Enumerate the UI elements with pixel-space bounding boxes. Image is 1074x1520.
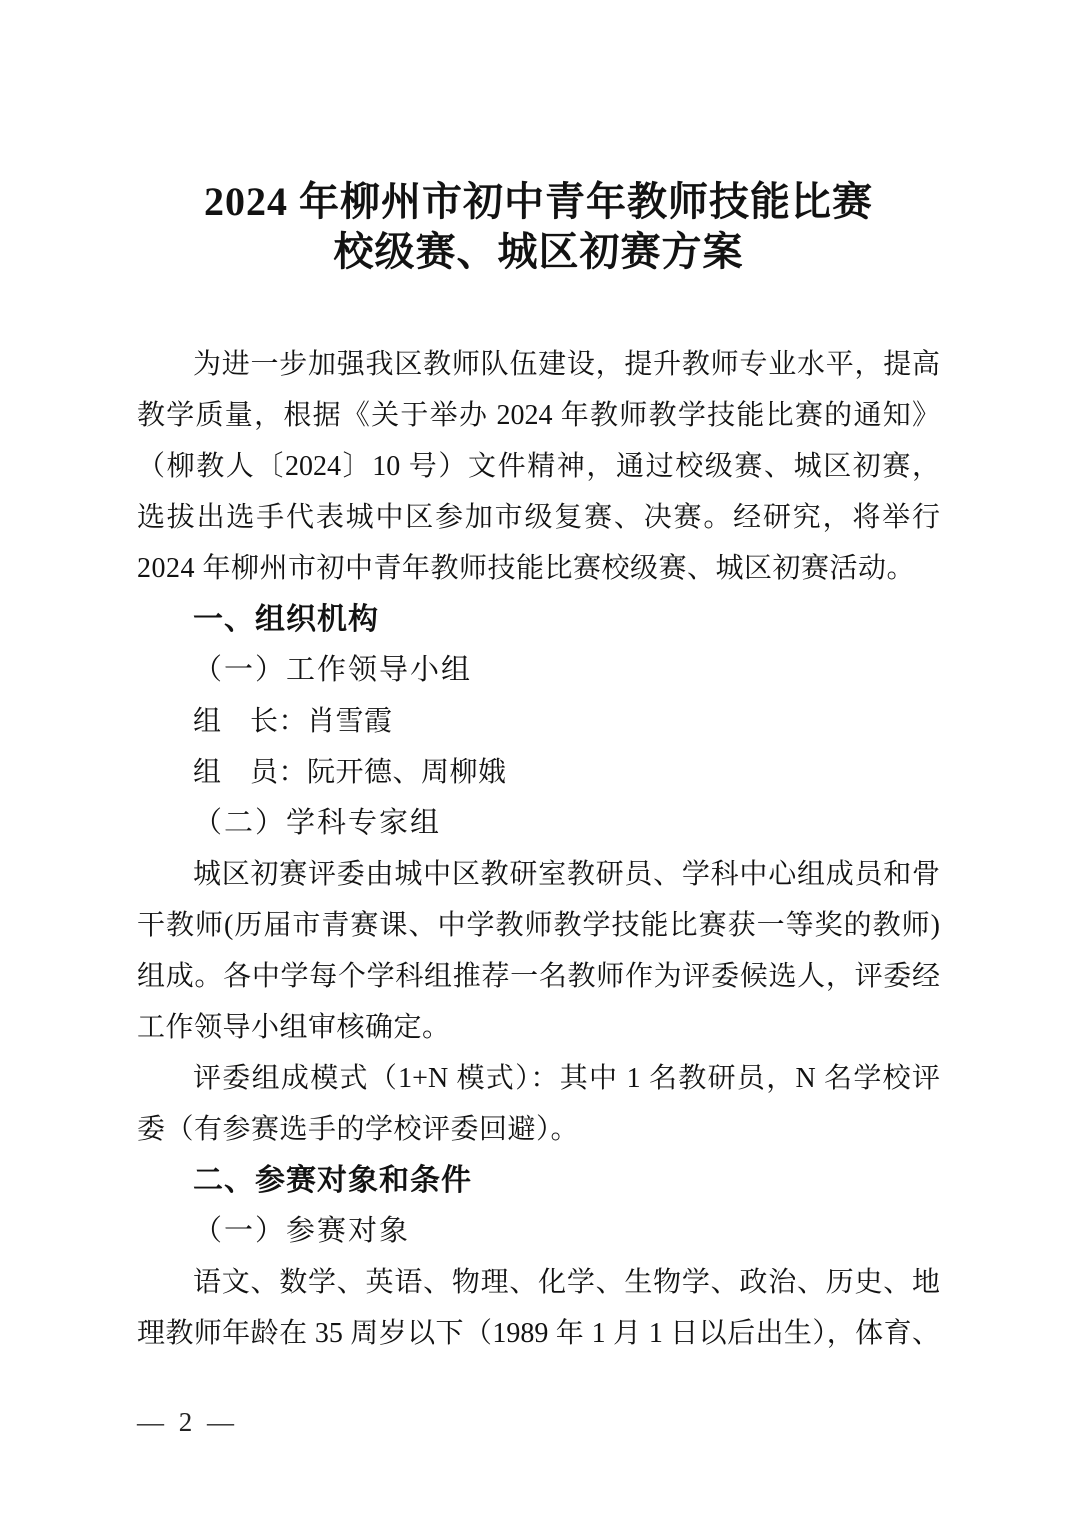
body-line: 组成。各中学每个学科组推荐一名教师作为评委候选人，评委经	[137, 951, 940, 1002]
section-heading-2: 二、参赛对象和条件	[137, 1155, 940, 1206]
body-line: 评委组成模式（1+N 模式）：其中 1 名教研员，N 名学校评	[137, 1053, 940, 1104]
body-line: 为进一步加强我区教师队伍建设，提升教师专业水平，提高	[137, 339, 940, 390]
section-heading-1: 一、组织机构	[137, 594, 940, 645]
body-line-members: 组 员：阮开德、周柳娥	[137, 747, 940, 798]
body-line: 教学质量，根据《关于举办 2024 年教师教学技能比赛的通知》	[137, 390, 940, 441]
document-page: 2024 年柳州市初中青年教师技能比赛 校级赛、城区初赛方案 为进一步加强我区教…	[0, 0, 1074, 1520]
document-content: 2024 年柳州市初中青年教师技能比赛 校级赛、城区初赛方案 为进一步加强我区教…	[137, 177, 940, 1359]
body-line: 工作领导小组审核确定。	[137, 1002, 940, 1053]
body-line: 城区初赛评委由城中区教研室教研员、学科中心组成员和骨	[137, 849, 940, 900]
body-line-leader: 组 长：肖雪霞	[137, 696, 940, 747]
subsection-heading: （一）参赛对象	[137, 1206, 940, 1257]
body-line: （柳教人〔2024〕10 号）文件精神，通过校级赛、城区初赛，	[137, 441, 940, 492]
document-title: 2024 年柳州市初中青年教师技能比赛 校级赛、城区初赛方案	[137, 177, 940, 277]
body-line: 委（有参赛选手的学校评委回避）。	[137, 1104, 940, 1155]
body-line: 语文、数学、英语、物理、化学、生物学、政治、历史、地	[137, 1257, 940, 1308]
document-title-line-2: 校级赛、城区初赛方案	[334, 229, 744, 274]
document-title-line-1: 2024 年柳州市初中青年教师技能比赛	[204, 179, 873, 224]
body-line: 干教师(历届市青赛课、中学教师教学技能比赛获一等奖的教师)	[137, 900, 940, 951]
body-line: 2024 年柳州市初中青年教师技能比赛校级赛、城区初赛活动。	[137, 543, 940, 594]
subsection-heading: （二）学科专家组	[137, 798, 940, 849]
body-line: 理教师年龄在 35 周岁以下（1989 年 1 月 1 日以后出生），体育、	[137, 1308, 940, 1359]
body-line: 选拔出选手代表城中区参加市级复赛、决赛。经研究，将举行	[137, 492, 940, 543]
page-number: — 2 —	[137, 1406, 238, 1438]
subsection-heading: （一）工作领导小组	[137, 645, 940, 696]
